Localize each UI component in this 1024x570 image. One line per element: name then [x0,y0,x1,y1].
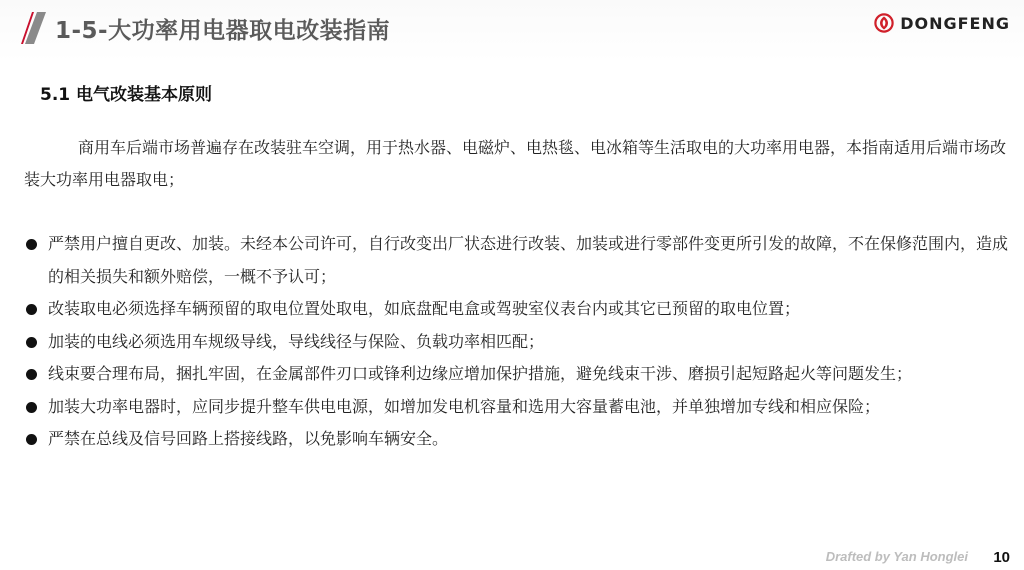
dongfeng-logo-icon [874,13,894,33]
bullet-dot-icon [26,434,37,445]
brand-logo: DONGFENG [874,13,1010,33]
list-item-text: 加装的电线必须选用车规级导线，导线线径与保险、负载功率相匹配； [48,332,544,351]
list-item-text: 加装大功率电器时，应同步提升整车供电电源，如增加发电机容量和选用大容量蓄电池，并… [48,397,880,416]
bullet-dot-icon [26,239,37,250]
bullet-dot-icon [26,402,37,413]
list-item: 严禁用户擅自更改、加装。未经本公司许可，自行改变出厂状态进行改装、加装或进行零部… [24,228,1014,293]
intro-paragraph: 商用车后端市场普遍存在改装驻车空调，用于热水器、电磁炉、电热毯、电冰箱等生活取电… [24,132,1014,196]
brand-name: DONGFENG [900,14,1010,33]
page-number: 10 [993,549,1010,566]
list-item-text: 严禁在总线及信号回路上搭接线路，以免影响车辆安全。 [48,429,448,448]
list-item-text: 线束要合理布局，捆扎牢固，在金属部件刃口或锋利边缘应增加保护措施，避免线束干涉、… [48,364,912,383]
list-item: 改装取电必须选择车辆预留的取电位置处取电，如底盘配电盒或驾驶室仪表台内或其它已预… [24,293,1014,326]
principles-list: 严禁用户擅自更改、加装。未经本公司许可，自行改变出厂状态进行改装、加装或进行零部… [24,228,1014,456]
list-item: 严禁在总线及信号回路上搭接线路，以免影响车辆安全。 [24,423,1014,456]
list-item-text: 改装取电必须选择车辆预留的取电位置处取电，如底盘配电盒或驾驶室仪表台内或其它已预… [48,299,800,318]
slide-header: 1-5-大功率用电器取电改装指南 DONGFENG [0,0,1024,62]
page-title: 1-5-大功率用电器取电改装指南 [55,12,390,45]
footer-credit: Drafted by Yan Honglei [826,549,968,564]
bullet-dot-icon [26,369,37,380]
list-item: 加装的电线必须选用车规级导线，导线线径与保险、负载功率相匹配； [24,326,1014,359]
bullet-dot-icon [26,304,37,315]
list-item: 线束要合理布局，捆扎牢固，在金属部件刃口或锋利边缘应增加保护措施，避免线束干涉、… [24,358,1014,391]
section-title: 5.1 电气改装基本原则 [40,80,212,105]
slash-stripes-icon [12,10,46,44]
bullet-dot-icon [26,337,37,348]
list-item: 加装大功率电器时，应同步提升整车供电电源，如增加发电机容量和选用大容量蓄电池，并… [24,391,1014,424]
list-item-text: 严禁用户擅自更改、加装。未经本公司许可，自行改变出厂状态进行改装、加装或进行零部… [48,234,1008,286]
